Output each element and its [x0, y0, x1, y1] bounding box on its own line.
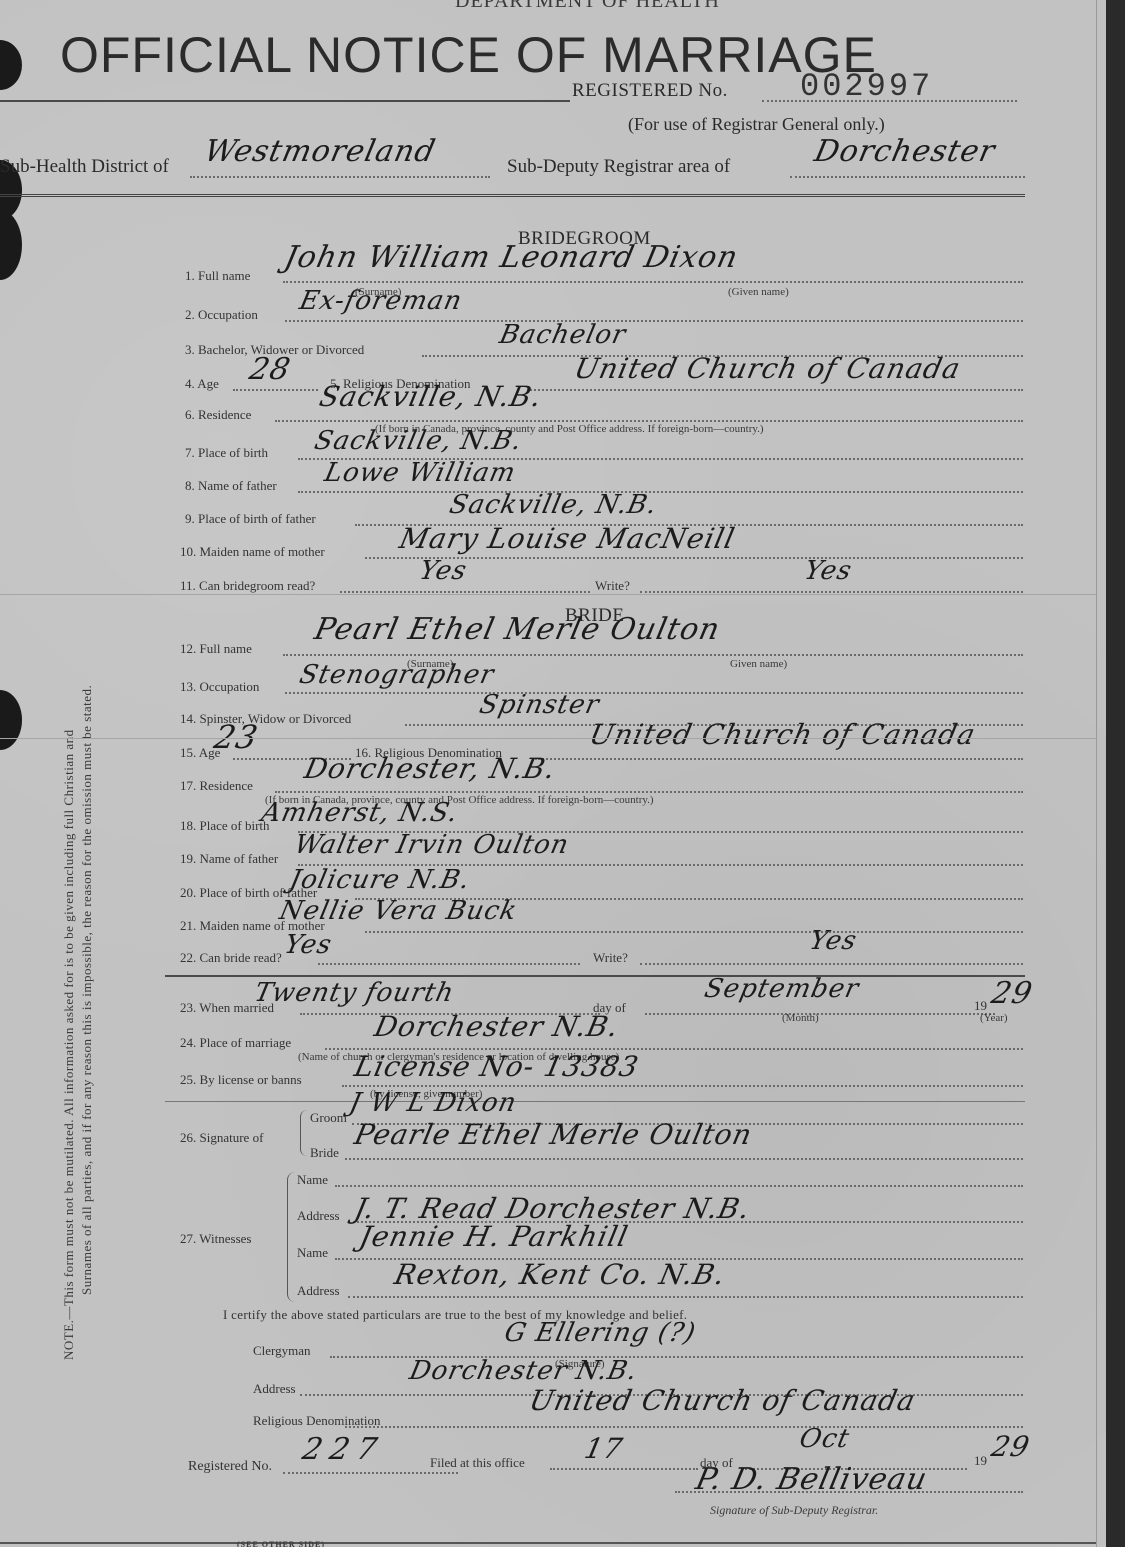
place-of-marriage: Dorchester N.B.: [371, 1010, 622, 1043]
marriage-day: Twenty fourth: [252, 978, 457, 1008]
field-line: [233, 389, 318, 391]
bottom-edge: [0, 1542, 1096, 1544]
sub-health-district-value: Westmoreland: [201, 134, 439, 169]
groom-marital-status: Bachelor: [497, 320, 629, 350]
form-title: OFFICIAL NOTICE OF MARRIAGE: [60, 26, 877, 84]
punch-hole: [0, 40, 22, 90]
bride-birthplace: Amherst, N.S.: [259, 798, 461, 828]
month-caption: (Month): [782, 1012, 819, 1024]
groom-read: Yes: [417, 556, 470, 586]
field-line: [640, 591, 1023, 593]
witness2-address-label: Address: [297, 1283, 340, 1299]
given-name-caption: (Given name): [728, 286, 789, 298]
year-caption: (Year): [980, 1012, 1008, 1024]
field-label-groom-residence: 6. Residence: [185, 407, 251, 423]
bride-full-name: Pearl Ethel Merle Oulton: [311, 612, 723, 647]
registrar-note: (For use of Registrar General only.): [628, 114, 885, 135]
field-line: [340, 591, 590, 593]
field-line: [275, 791, 1023, 793]
filed-month: Oct: [797, 1424, 853, 1454]
registrar-caption: Signature of Sub-Deputy Registrar.: [710, 1503, 878, 1518]
guide-line: [0, 594, 1096, 595]
department-heading: DEPARTMENT OF HEALTH: [455, 0, 720, 13]
sub-health-district-label: Sub-Health District of: [0, 156, 169, 178]
field-line: [345, 1426, 1023, 1428]
field-label-groom-mother: 10. Maiden name of mother: [180, 544, 325, 560]
punch-hole: [0, 690, 22, 750]
field-label-groom-father-birthplace: 9. Place of birth of father: [185, 511, 316, 527]
groom-age: 28: [246, 352, 294, 387]
field-line: [645, 1013, 995, 1015]
groom-birthplace: Sackville, N.B.: [312, 426, 525, 456]
bride-occupation: Stenographer: [297, 660, 497, 690]
witness2-name-label: Name: [297, 1245, 328, 1261]
clergyman-label: Clergyman: [253, 1343, 311, 1359]
groom-residence: Sackville, N.B.: [316, 380, 545, 413]
sub-deputy-area-label: Sub-Deputy Registrar area of: [507, 156, 730, 178]
field-line: [283, 281, 1023, 283]
registered-no-label: REGISTERED No.: [572, 80, 728, 102]
field-label-groom-father: 8. Name of father: [185, 478, 277, 494]
filed-day: 17: [581, 1432, 626, 1465]
given-name-caption: Given name): [730, 658, 787, 670]
field-line: [527, 389, 1023, 391]
bride-father-birthplace: Jolicure N.B.: [287, 865, 473, 895]
witness1-name-label: Name: [297, 1172, 328, 1188]
field-label-signatures: 26. Signature of: [180, 1130, 263, 1146]
groom-religion: United Church of Canada: [571, 352, 963, 385]
groom-write: Yes: [802, 556, 855, 586]
page-edge-line: [1096, 0, 1097, 1547]
bride-write-label: Write?: [593, 950, 628, 966]
field-line: [640, 963, 1023, 965]
filed-year: 29: [988, 1430, 1033, 1463]
scan-border: [1106, 0, 1125, 1547]
groom-father: Lowe William: [322, 458, 519, 488]
divider: [165, 975, 1025, 977]
field-line: [348, 1296, 1023, 1298]
field-label-groom-full-name: 1. Full name: [185, 268, 250, 284]
groom-father-birthplace: Sackville, N.B.: [447, 490, 660, 520]
divider: [0, 100, 570, 102]
field-label-bride-occupation: 13. Occupation: [180, 679, 259, 695]
brace: [287, 1172, 296, 1302]
groom-occupation: Ex-foreman: [297, 286, 465, 316]
field-line: [318, 963, 580, 965]
field-line: [283, 1472, 458, 1474]
field-line: [550, 1468, 698, 1470]
field-line: [345, 1158, 1023, 1160]
see-other-side: (SEE OTHER SIDE): [237, 1540, 325, 1547]
filed-year-prefix: 19: [974, 1453, 987, 1469]
witness2-address: Rexton, Kent Co. N.B.: [391, 1258, 728, 1291]
bride-write: Yes: [807, 926, 860, 956]
bride-father: Walter Irvin Oulton: [292, 830, 572, 860]
field-label-bride-read: 22. Can bride read?: [180, 950, 282, 966]
field-line: [285, 692, 1023, 694]
marriage-year: 29: [988, 976, 1036, 1011]
bride-age: 23: [211, 718, 262, 756]
witness2-name: Jennie H. Parkhill: [356, 1220, 631, 1253]
groom-signature-label: Groom: [310, 1110, 347, 1126]
field-line: [790, 176, 1025, 178]
field-label-bride-father: 19. Name of father: [180, 851, 278, 867]
field-label-groom-occupation: 2. Occupation: [185, 307, 258, 323]
field-label-bride-residence: 17. Residence: [180, 778, 253, 794]
field-line: [275, 420, 1023, 422]
bride-read: Yes: [282, 930, 335, 960]
bride-residence: Dorchester, N.B.: [301, 752, 558, 785]
clergyman-denomination: United Church of Canada: [526, 1384, 918, 1417]
witness1-address-label: Address: [297, 1208, 340, 1224]
side-note: NOTE.—This form must not be mutilated. A…: [60, 480, 96, 1360]
field-label-bride-birthplace: 18. Place of birth: [180, 818, 270, 834]
field-line: [298, 491, 1023, 493]
bride-mother: Nellie Vera Buck: [277, 896, 520, 926]
field-label-witnesses: 27. Witnesses: [180, 1231, 251, 1247]
filed-label: Filed at this office: [430, 1455, 525, 1471]
field-label-groom-read: 11. Can bridegroom read?: [180, 578, 315, 594]
bride-signature-label: Bride: [310, 1145, 339, 1161]
registered-no-bottom-value: 227: [299, 1432, 388, 1467]
groom-full-name: John William Leonard Dixon: [281, 240, 741, 275]
marriage-month: September: [702, 974, 862, 1004]
field-line: [283, 654, 1023, 656]
bride-religion: United Church of Canada: [586, 718, 978, 751]
field-line: [335, 1185, 1023, 1187]
field-line: [285, 320, 1023, 322]
groom-signature: J W L Dixon: [347, 1088, 520, 1118]
divider: [0, 194, 1025, 197]
groom-mother: Mary Louise MacNeill: [396, 522, 738, 555]
clergyman-signature: G Ellering (?): [502, 1318, 699, 1348]
field-label-bride-full-name: 12. Full name: [180, 641, 252, 657]
bride-signature: Pearle Ethel Merle Oulton: [351, 1118, 755, 1151]
guide-line: [0, 738, 1096, 739]
license-value: License No- 13383: [351, 1050, 641, 1083]
punch-hole: [0, 210, 22, 280]
registered-no-bottom-label: Registered No.: [188, 1459, 272, 1475]
brace: [300, 1110, 307, 1156]
field-line: [190, 176, 490, 178]
field-line: [365, 931, 1023, 933]
field-label-groom-birthplace: 7. Place of birth: [185, 445, 268, 461]
clergyman-address: Dorchester N.B.: [407, 1356, 641, 1386]
field-label-bride-marital-status: 14. Spinster, Widow or Divorced: [180, 711, 351, 727]
registered-no-value: 002997: [800, 68, 933, 105]
field-label-groom-age: 4. Age: [185, 376, 219, 392]
field-label-license: 25. By license or banns: [180, 1072, 302, 1088]
bride-marital-status: Spinster: [477, 690, 603, 720]
divider: [165, 1101, 1025, 1102]
field-line: [535, 758, 1023, 760]
marriage-notice-form: DEPARTMENT OF HEALTH OFFICIAL NOTICE OF …: [0, 0, 1106, 1547]
clergyman-address-label: Address: [253, 1381, 296, 1397]
sub-deputy-area-value: Dorchester: [811, 134, 998, 169]
field-line: [342, 1085, 1023, 1087]
field-label-place-of-marriage: 24. Place of marriage: [180, 1035, 291, 1051]
